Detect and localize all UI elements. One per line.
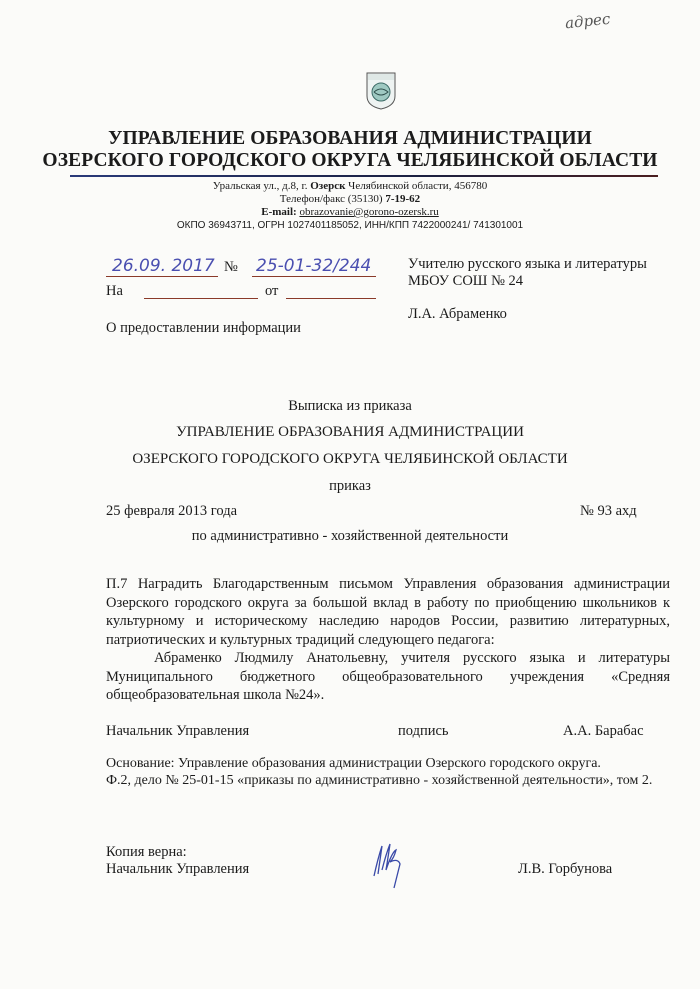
extract-heading: Выписка из приказа: [0, 398, 700, 415]
extract-org-line2: ОЗЕРСКОГО ГОРОДСКОГО ОКРУГА ЧЕЛЯБИНСКОЙ …: [0, 451, 700, 468]
letterhead-divider: [70, 175, 658, 177]
date-underline: [106, 276, 218, 277]
on-label: На: [106, 283, 123, 300]
order-date: 25 февраля 2013 года: [106, 503, 237, 520]
letterhead-email: E-mail: obrazovanie@gorono-ozersk.ru: [0, 206, 700, 220]
outgoing-number-label: №: [224, 259, 238, 276]
letterhead-phone: Телефон/факс (35130) 7-19-62: [0, 193, 700, 207]
on-underline: [144, 298, 258, 299]
head-position: Начальник Управления: [106, 723, 249, 740]
basis-line2: Ф.2, дело № 25-01-15 «приказы по админис…: [106, 773, 652, 789]
copy-true-label: Копия верна:: [106, 844, 187, 861]
recipient-line2: МБОУ СОШ № 24: [408, 273, 523, 290]
letterhead-codes: ОКПО 36943711, ОГРН 1027401185052, ИНН/К…: [0, 219, 700, 233]
order-topic: по административно - хозяйственной деяте…: [0, 528, 700, 545]
recipient-line1: Учителю русского языка и литературы: [408, 256, 647, 273]
signature-placeholder: подпись: [398, 723, 449, 740]
order-paragraph-2: Абраменко Людмилу Анатольевну, учителя р…: [106, 649, 670, 705]
letterhead-title-line2: ОЗЕРСКОГО ГОРОДСКОГО ОКРУГА ЧЕЛЯБИНСКОЙ …: [0, 150, 700, 172]
outgoing-number: 25-01-32/244: [256, 256, 371, 276]
from-label: от: [265, 283, 278, 300]
order-number: № 93 ахд: [580, 503, 637, 520]
from-underline: [286, 298, 376, 299]
extract-org-line1: УПРАВЛЕНИЕ ОБРАЗОВАНИЯ АДМИНИСТРАЦИИ: [0, 424, 700, 441]
recipient-name: Л.А. Абраменко: [408, 306, 507, 323]
basis-line1: Основание: Управление образования админи…: [106, 756, 601, 772]
certifier-name: Л.В. Горбунова: [518, 861, 612, 878]
handwritten-note: адрес: [564, 10, 611, 33]
coat-of-arms-icon: [366, 72, 396, 110]
outgoing-date: 26.09. 2017: [112, 256, 215, 276]
letterhead-title-line1: УПРАВЛЕНИЕ ОБРАЗОВАНИЯ АДМИНИСТРАЦИИ: [0, 128, 700, 150]
certifier-position: Начальник Управления: [106, 861, 249, 878]
order-body: П.7 Наградить Благодарственным письмом У…: [106, 575, 670, 705]
handwritten-signature-icon: [370, 840, 415, 890]
number-underline: [252, 276, 376, 277]
order-word: приказ: [0, 478, 700, 495]
letterhead-address: Уральская ул., д.8, г. Озерск Челябинско…: [0, 180, 700, 194]
order-paragraph-1: П.7 Наградить Благодарственным письмом У…: [106, 575, 670, 649]
email-link[interactable]: obrazovanie@gorono-ozersk.ru: [299, 206, 438, 218]
subject: О предоставлении информации: [106, 320, 301, 337]
head-name: А.А. Барабас: [563, 723, 644, 740]
